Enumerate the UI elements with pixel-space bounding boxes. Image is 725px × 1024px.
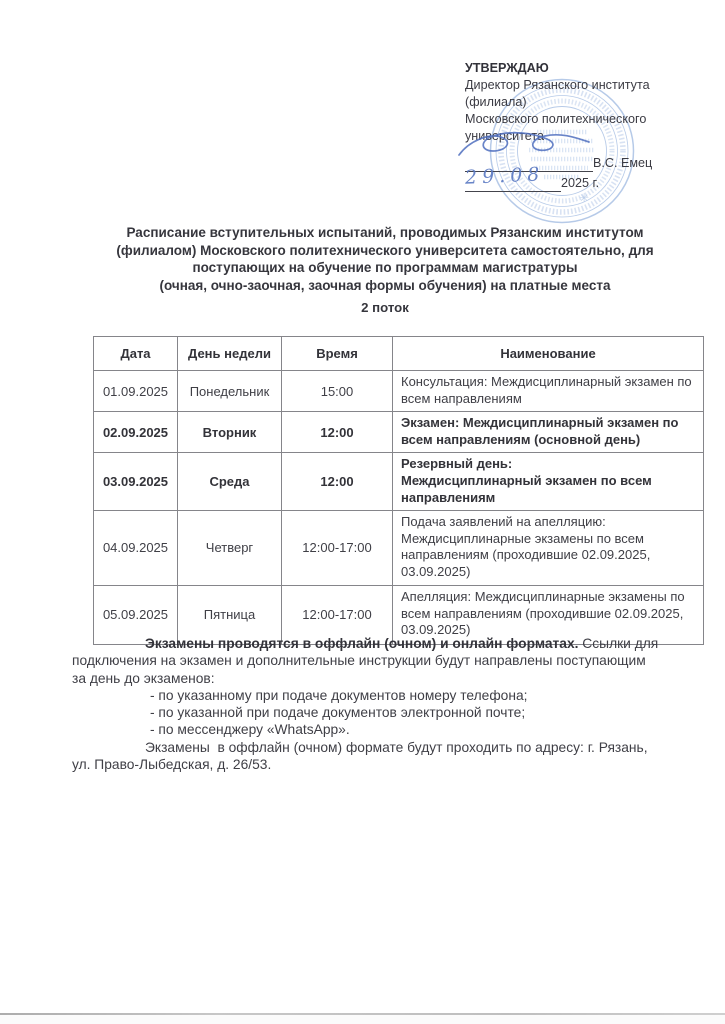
bullet-item: - по указанному при подаче документов но… xyxy=(72,687,717,704)
approval-line: Директор Рязанского института xyxy=(465,77,710,94)
notes-bold-intro: Экзамены проводятся в оффлайн (очном) и … xyxy=(145,636,578,651)
header-time: Время xyxy=(282,337,393,371)
table-row: 01.09.2025 Понедельник 15:00 Консультаци… xyxy=(94,371,704,412)
svg-text:✳: ✳ xyxy=(579,191,589,205)
title-line: (очная, очно-заочная, заочная формы обуч… xyxy=(45,277,725,295)
document-title: Расписание вступительных испытаний, пров… xyxy=(45,224,725,294)
name-cell: Резервный день: Междисциплинарный экзаме… xyxy=(393,453,704,511)
date-underline: 29.08 xyxy=(465,175,561,192)
title-line: Расписание вступительных испытаний, пров… xyxy=(45,224,725,242)
date-cell: 03.09.2025 xyxy=(94,453,178,511)
approval-line: (филиала) xyxy=(465,94,710,111)
stream-heading: 2 поток xyxy=(45,300,725,315)
scan-below-edge xyxy=(0,1015,725,1024)
table-row: 02.09.2025 Вторник 12:00 Экзамен: Междис… xyxy=(94,412,704,453)
notes-line: Экзамены в оффлайн (очном) формате будут… xyxy=(72,739,717,756)
time-cell: 12:00 xyxy=(282,453,393,511)
notes-block: Экзамены проводятся в оффлайн (очном) и … xyxy=(72,635,717,773)
day-cell: Среда xyxy=(178,453,282,511)
schedule-table: Дата День недели Время Наименование 01.0… xyxy=(93,336,704,645)
name-cell: Консультация: Междисциплинарный экзамен … xyxy=(393,371,704,412)
year-label: 2025 г. xyxy=(561,176,599,190)
day-cell: Вторник xyxy=(178,412,282,453)
notes-line: ул. Право-Лыбедская, д. 26/53. xyxy=(72,756,717,773)
title-line: поступающих на обучение по программам ма… xyxy=(45,259,725,277)
date-cell: 02.09.2025 xyxy=(94,412,178,453)
time-cell: 12:00 xyxy=(282,412,393,453)
approval-block: УТВЕРЖДАЮ Директор Рязанского института … xyxy=(465,60,710,192)
approval-line: Московского политехнического xyxy=(465,111,710,128)
day-cell: Четверг xyxy=(178,511,282,585)
bullet-item: - по указанной при подаче документов эле… xyxy=(72,704,717,721)
notes-line: Экзамены проводятся в оффлайн (очном) и … xyxy=(72,635,717,652)
time-cell: 15:00 xyxy=(282,371,393,412)
header-name: Наименование xyxy=(393,337,704,371)
signer-name: В.С. Емец xyxy=(593,156,652,170)
header-date: Дата xyxy=(94,337,178,371)
handwritten-date: 29.08 xyxy=(465,166,545,186)
title-line: (филиалом) Московского политехнического … xyxy=(45,242,725,260)
name-cell: Подача заявлений на апелляцию: Междисцип… xyxy=(393,511,704,585)
date-line: 29.082025 г. xyxy=(465,175,710,192)
notes-line: за день до экзаменов: xyxy=(72,670,717,687)
date-cell: 04.09.2025 xyxy=(94,511,178,585)
notes-line: подключения на экзамен и дополнительные … xyxy=(72,652,717,669)
table-header-row: Дата День недели Время Наименование xyxy=(94,337,704,371)
table-row: 03.09.2025 Среда 12:00 Резервный день: М… xyxy=(94,453,704,511)
approval-heading: УТВЕРЖДАЮ xyxy=(465,60,710,77)
table-row: 04.09.2025 Четверг 12:00-17:00 Подача за… xyxy=(94,511,704,585)
name-cell: Экзамен: Междисциплинарный экзамен по вс… xyxy=(393,412,704,453)
bullet-item: - по мессенджеру «WhatsApp». xyxy=(72,721,717,738)
document-page: ✳ УТВЕРЖДАЮ Директор Рязанского институт… xyxy=(0,0,725,1024)
date-cell: 01.09.2025 xyxy=(94,371,178,412)
notes-intro-rest: Ссылки для xyxy=(578,636,658,651)
header-day: День недели xyxy=(178,337,282,371)
day-cell: Понедельник xyxy=(178,371,282,412)
approval-line: университета xyxy=(465,128,710,145)
time-cell: 12:00-17:00 xyxy=(282,511,393,585)
